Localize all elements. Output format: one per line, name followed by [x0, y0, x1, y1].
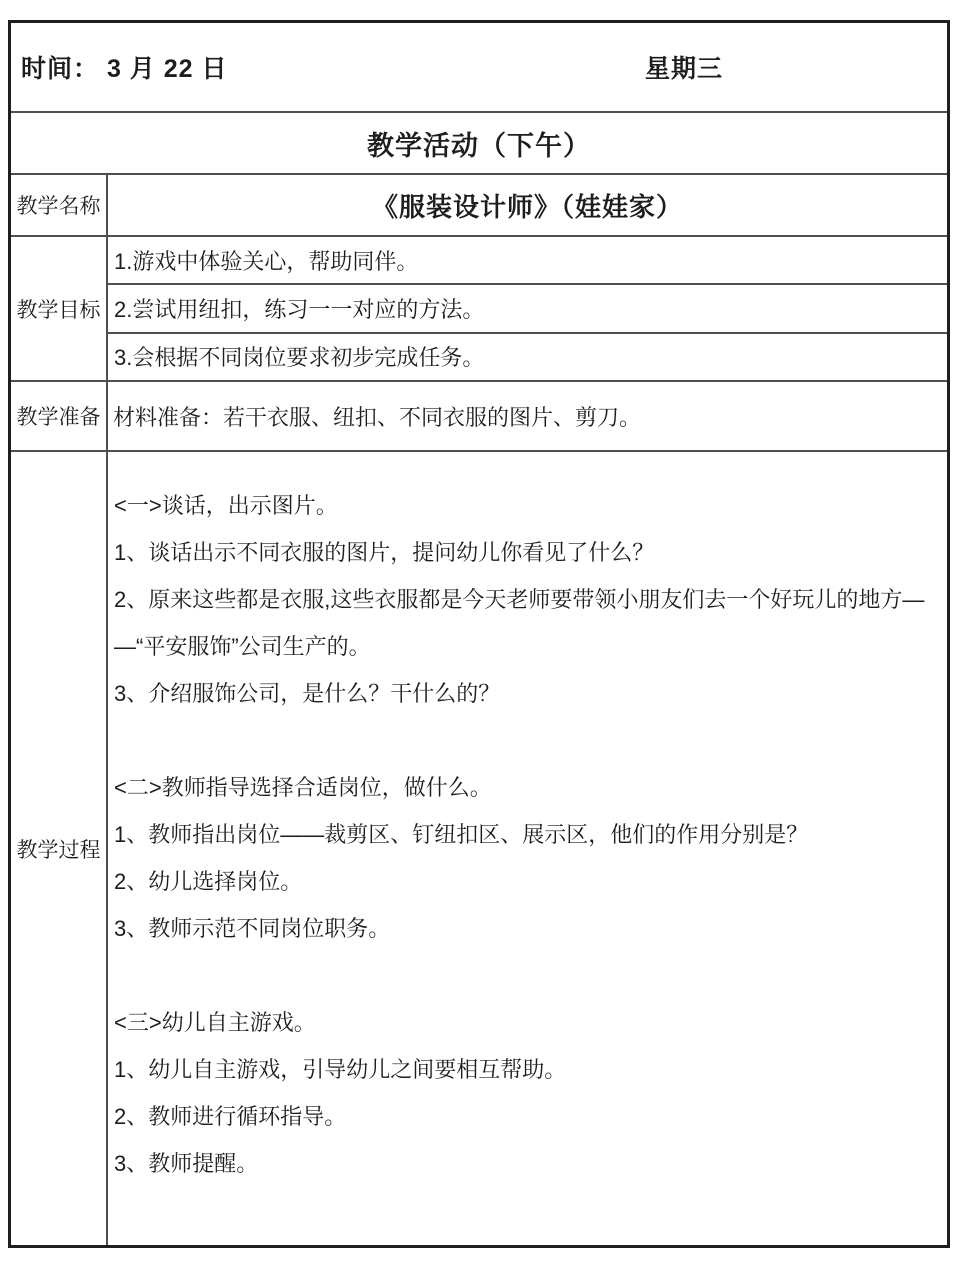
scanned-lesson-plan-page: 时间： 3 月 22 日 星期三 教学活动（下午） 教学名称 《服装设计师》（娃… — [0, 0, 967, 1280]
process-line: 2、幼儿选择岗位。 — [114, 858, 947, 905]
process-line: <二>教师指导选择合适岗位，做什么。 — [114, 764, 947, 811]
activity-title: 教学活动（下午） — [367, 124, 591, 163]
activity-name-label: 教学名称 — [11, 175, 108, 235]
activity-name-row: 教学名称 《服装设计师》（娃娃家） — [11, 175, 947, 237]
goals-row: 教学目标 1.游戏中体验关心，帮助同伴。 2.尝试用纽扣，练习一一对应的方法。 … — [11, 237, 947, 382]
process-row: 教学过程 <一>谈话，出示图片。 1、谈话出示不同衣服的图片，提问幼儿你看见了什… — [11, 452, 947, 1245]
process-line: 2、原来这些都是衣服,这些衣服都是今天老师要带领小朋友们去一个好玩儿的地方— — [114, 576, 947, 623]
process-label: 教学过程 — [11, 452, 108, 1245]
goal-item: 3.会根据不同岗位要求初步完成任务。 — [108, 334, 947, 380]
time-row: 时间： 3 月 22 日 星期三 — [11, 23, 947, 113]
goals-list: 1.游戏中体验关心，帮助同伴。 2.尝试用纽扣，练习一一对应的方法。 3.会根据… — [108, 237, 947, 380]
lesson-plan-table: 时间： 3 月 22 日 星期三 教学活动（下午） 教学名称 《服装设计师》（娃… — [8, 20, 950, 1248]
process-line: 1、教师指出岗位——裁剪区、钉纽扣区、展示区，他们的作用分别是？ — [114, 811, 947, 858]
process-lines: <一>谈话，出示图片。 1、谈话出示不同衣服的图片，提问幼儿你看见了什么？ 2、… — [108, 452, 947, 1245]
preparation-row: 教学准备 材料准备：若干衣服、纽扣、不同衣服的图片、剪刀。 — [11, 382, 947, 452]
process-line: 2、教师进行循环指导。 — [114, 1093, 947, 1140]
weekday-label: 星期三 — [645, 49, 723, 85]
goals-label: 教学目标 — [11, 237, 108, 380]
process-line — [114, 952, 947, 999]
process-line: 1、幼儿自主游戏，引导幼儿之间要相互帮助。 — [114, 1046, 947, 1093]
process-line: 3、教师示范不同岗位职务。 — [114, 905, 947, 952]
process-line: —“平安服饰”公司生产的。 — [114, 623, 947, 670]
goal-item: 2.尝试用纽扣，练习一一对应的方法。 — [108, 285, 947, 333]
time-label: 时间： 3 月 22 日 — [21, 49, 228, 85]
goal-item: 1.游戏中体验关心，帮助同伴。 — [108, 237, 947, 285]
process-line: <一>谈话，出示图片。 — [114, 482, 947, 529]
preparation-label: 教学准备 — [11, 382, 108, 450]
process-line: 3、介绍服饰公司，是什么？干什么的？ — [114, 670, 947, 717]
activity-title-row: 教学活动（下午） — [11, 113, 947, 175]
process-line: 3、教师提醒。 — [114, 1140, 947, 1187]
preparation-value: 材料准备：若干衣服、纽扣、不同衣服的图片、剪刀。 — [108, 382, 947, 450]
activity-name-value: 《服装设计师》（娃娃家） — [108, 175, 947, 235]
process-line: 1、谈话出示不同衣服的图片，提问幼儿你看见了什么？ — [114, 529, 947, 576]
process-line — [114, 717, 947, 764]
process-line: <三>幼儿自主游戏。 — [114, 999, 947, 1046]
